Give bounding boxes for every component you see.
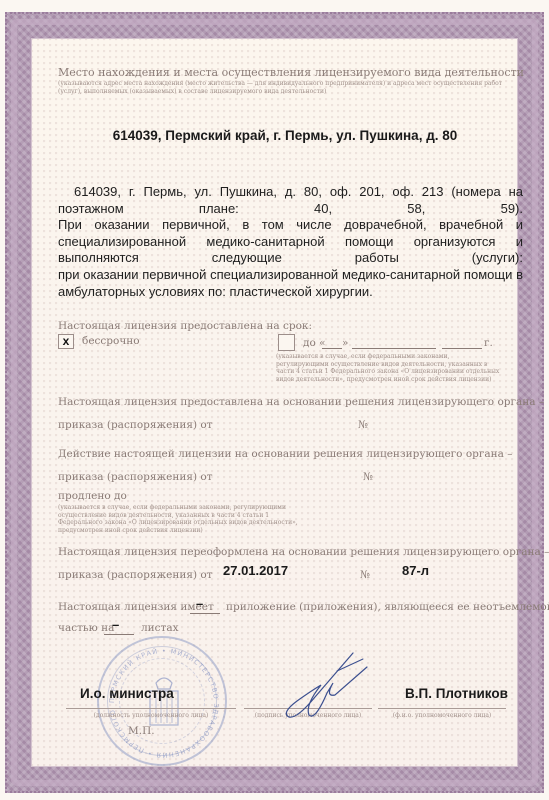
extended-note: (указывается в случае, если федеральными…	[58, 504, 308, 534]
extended-text: Действие настоящей лицензии на основании…	[58, 448, 512, 460]
official-seal-icon: ПЕРМСКИЙ КРАЙ • МИНИСТЕРСТВО ЗДРАВООХРАН…	[97, 636, 227, 766]
name-line	[378, 708, 506, 709]
seal-ring-text: ПЕРМСКИЙ КРАЙ • МИНИСТЕРСТВО ЗДРАВООХРАН…	[99, 638, 229, 768]
heading-word: Место	[58, 66, 95, 79]
heading-note: (указываются адрес места нахождения (мес…	[58, 80, 524, 95]
coat-of-arms-icon	[144, 673, 184, 733]
indefinite-label: бессрочно	[82, 335, 140, 347]
heading-word: деятельности	[445, 66, 524, 79]
until-checkbox[interactable]	[278, 334, 295, 351]
appendix-count-line	[190, 612, 220, 614]
heading-word: вида	[414, 66, 441, 79]
seal-label: М.П.	[128, 725, 155, 737]
until-day-field[interactable]	[322, 347, 342, 349]
granted-number-label: №	[358, 419, 368, 431]
heading-word: места	[184, 66, 218, 79]
extended-until-label: продлено до	[58, 490, 127, 502]
appendix-pages-after: листах	[141, 622, 179, 634]
granted-order-label: приказа (распоряжения) от	[58, 419, 213, 431]
reissued-number-label: №	[360, 569, 370, 581]
until-year-field[interactable]	[442, 347, 482, 349]
until-mid: »	[342, 337, 348, 349]
position-line	[66, 708, 236, 709]
heading-word: и	[173, 66, 180, 79]
signatory-position: И.о. министра	[80, 686, 174, 701]
appendix-text-after: приложение (приложения), являющееся ее н…	[226, 601, 549, 613]
appendix-pages-line	[104, 633, 134, 635]
reissued-text: Настоящая лицензия переоформлена на осно…	[58, 546, 549, 558]
until-month-field[interactable]	[352, 347, 436, 349]
heading-word: осуществления	[222, 66, 312, 79]
reissued-order-label: приказа (распоряжения) от	[58, 569, 213, 581]
extended-order-label: приказа (распоряжения) от	[58, 471, 213, 483]
signatory-name: В.П. Плотников	[405, 686, 508, 701]
handwritten-signature-icon	[275, 645, 385, 725]
position-caption: (должность уполномоченного лица)	[66, 712, 236, 719]
section-heading: Место нахождения и места осуществления л…	[58, 66, 524, 79]
reissued-number: 87-л	[402, 563, 429, 578]
appendix-count: –	[196, 596, 203, 611]
license-page: Место нахождения и места осуществления л…	[0, 0, 549, 800]
name-caption: (ф.и.о. уполномоченного лица)	[378, 712, 506, 719]
extended-number-label: №	[363, 471, 373, 483]
indefinite-checkbox[interactable]: x	[58, 334, 74, 349]
granted-text: Настоящая лицензия предоставлена на осно…	[58, 396, 544, 408]
until-note: (указывается в случае, если федеральными…	[276, 353, 500, 383]
until-suffix: г.	[484, 337, 493, 349]
reissued-date: 27.01.2017	[223, 563, 288, 578]
main-address: 614039, Пермский край, г. Пермь, ул. Пуш…	[50, 128, 520, 143]
appendix-pages: –	[112, 617, 119, 632]
services-detail-paragraph: при оказании первичной специализированно…	[58, 267, 523, 300]
address-paragraph: 614039, г. Пермь, ул. Пушкина, д. 80, оф…	[58, 184, 523, 217]
services-paragraph: При оказании первичной, в том числе довр…	[58, 217, 523, 267]
heading-word: нахождения	[98, 66, 170, 79]
heading-word: лицензируемого	[315, 66, 411, 79]
activity-addresses: 614039, г. Пермь, ул. Пушкина, д. 80, оф…	[58, 184, 523, 300]
term-label: Настоящая лицензия предоставлена на срок…	[58, 320, 312, 332]
